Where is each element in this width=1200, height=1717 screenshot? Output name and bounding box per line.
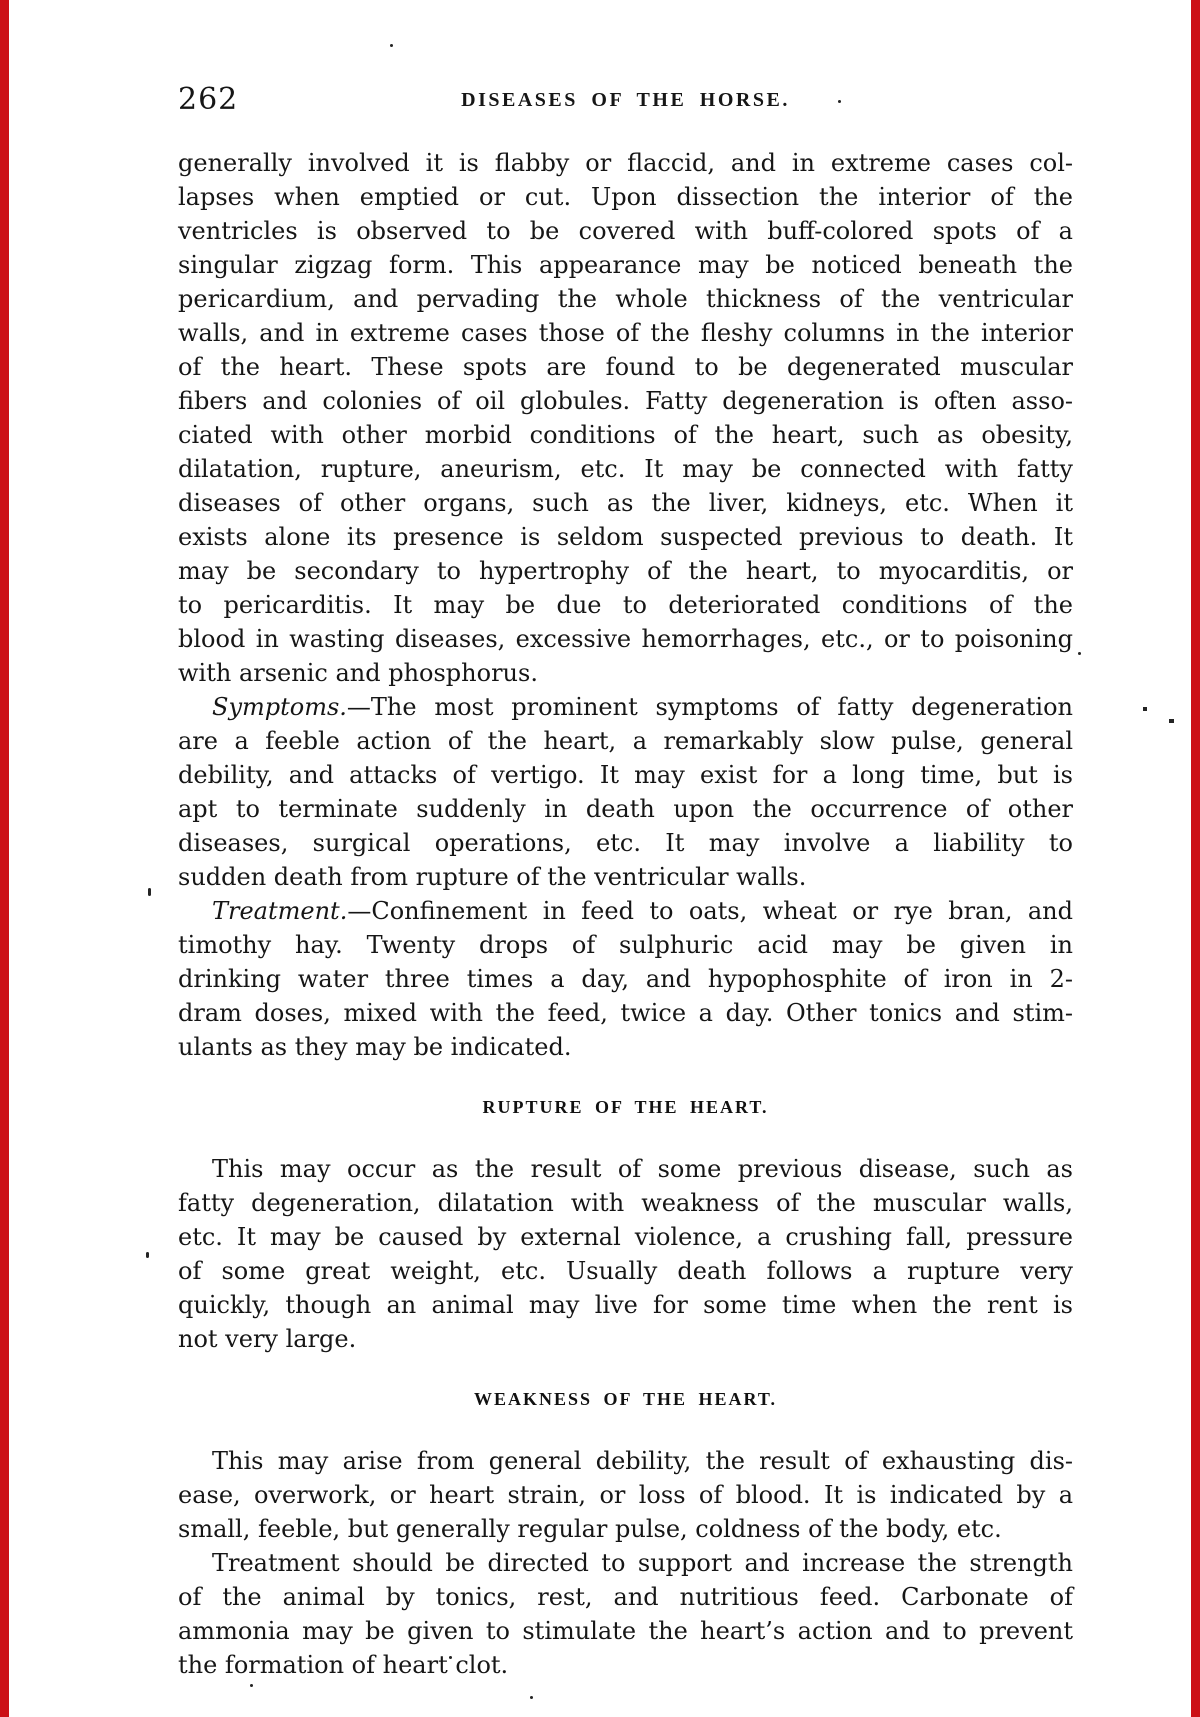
scan-speck	[530, 1696, 533, 1699]
text-line: may be secondary to hypertrophy of the h…	[178, 554, 1073, 588]
text-line: to pericarditis. It may be due to deteri…	[178, 588, 1073, 622]
text-line: drinking water three times a day, and hy…	[178, 962, 1073, 996]
text-line: ease, overwork, or heart strain, or loss…	[178, 1478, 1073, 1512]
scan-speck	[1078, 652, 1081, 655]
text-line: of the heart. These spots are found to b…	[178, 350, 1073, 384]
text-line: small, feeble, but generally regular pul…	[178, 1512, 1073, 1546]
text-line: dram doses, mixed with the feed, twice a…	[178, 996, 1073, 1030]
running-title: DISEASES OF THE HORSE.	[178, 88, 1073, 112]
scan-edge-bar-right	[1191, 0, 1200, 1717]
text-line: diseases, surgical operations, etc. It m…	[178, 826, 1073, 860]
text-line: fatty degeneration, dilatation with weak…	[178, 1186, 1073, 1220]
text-line: Treatment should be directed to support …	[178, 1546, 1073, 1580]
text-line: quickly, though an animal may live for s…	[178, 1288, 1073, 1322]
paragraph: Treatment.—Confinement in feed to oats, …	[178, 894, 1073, 1064]
text-line: blood in wasting diseases, excessive hem…	[178, 622, 1073, 656]
text-line: of the animal by tonics, rest, and nutri…	[178, 1580, 1073, 1614]
scan-speck	[449, 1656, 452, 1659]
text-line: Treatment.—Confinement in feed to oats, …	[178, 894, 1073, 928]
paragraph: Symptoms.—The most prominent symptoms of…	[178, 690, 1073, 894]
running-header: 262 DISEASES OF THE HORSE.	[178, 88, 1073, 124]
scan-edge-bar-left	[0, 0, 9, 1717]
scan-speck	[390, 44, 393, 47]
text-line: of some great weight, etc. Usually death…	[178, 1254, 1073, 1288]
text-line: debility, and attacks of vertigo. It may…	[178, 758, 1073, 792]
text-line: diseases of other organs, such as the li…	[178, 486, 1073, 520]
text-line: singular zigzag form. This appearance ma…	[178, 248, 1073, 282]
text-line: This may occur as the result of some pre…	[178, 1152, 1073, 1186]
text-line: ciated with other morbid conditions of t…	[178, 418, 1073, 452]
text-line: the formation of heart clot.	[178, 1648, 1073, 1682]
text-line: dilatation, rupture, aneurism, etc. It m…	[178, 452, 1073, 486]
text-line: walls, and in extreme cases those of the…	[178, 316, 1073, 350]
scan-speck	[1169, 719, 1174, 723]
text-line: ventricles is observed to be covered wit…	[178, 214, 1073, 248]
text-line: not very large.	[178, 1322, 1073, 1356]
scan-speck	[838, 100, 841, 103]
text-line: ulants as they may be indicated.	[178, 1030, 1073, 1064]
text-line: ammonia may be given to stimulate the he…	[178, 1614, 1073, 1648]
scan-speck	[1143, 707, 1147, 711]
page-number: 262	[178, 82, 238, 117]
text-line: This may arise from general debility, th…	[178, 1444, 1073, 1478]
text-line: fibers and colonies of oil globules. Fat…	[178, 384, 1073, 418]
text-line: lapses when emptied or cut. Upon dissect…	[178, 180, 1073, 214]
section-heading: RUPTURE OF THE HEART.	[178, 1090, 1073, 1124]
paragraph: This may arise from general debility, th…	[178, 1444, 1073, 1546]
body-text: generally involved it is flabby or flacc…	[178, 146, 1073, 1682]
scan-speck	[148, 888, 151, 896]
text-line: are a feeble action of the heart, a rema…	[178, 724, 1073, 758]
scan-speck	[146, 1252, 149, 1258]
paragraph: generally involved it is flabby or flacc…	[178, 146, 1073, 690]
paragraph: Treatment should be directed to support …	[178, 1546, 1073, 1682]
text-line: etc. It may be caused by external violen…	[178, 1220, 1073, 1254]
paragraph: This may occur as the result of some pre…	[178, 1152, 1073, 1356]
text-line: sudden death from rupture of the ventric…	[178, 860, 1073, 894]
text-line: Symptoms.—The most prominent symptoms of…	[178, 690, 1073, 724]
text-line: with arsenic and phosphorus.	[178, 656, 1073, 690]
text-line: apt to terminate suddenly in death upon …	[178, 792, 1073, 826]
scanned-book-page: 262 DISEASES OF THE HORSE. generally inv…	[0, 0, 1200, 1717]
text-line: pericardium, and pervading the whole thi…	[178, 282, 1073, 316]
text-line: exists alone its presence is seldom susp…	[178, 520, 1073, 554]
text-line: generally involved it is flabby or flacc…	[178, 146, 1073, 180]
section-heading: WEAKNESS OF THE HEART.	[178, 1382, 1073, 1416]
text-line: timothy hay. Twenty drops of sulphuric a…	[178, 928, 1073, 962]
scan-speck	[250, 1684, 253, 1687]
